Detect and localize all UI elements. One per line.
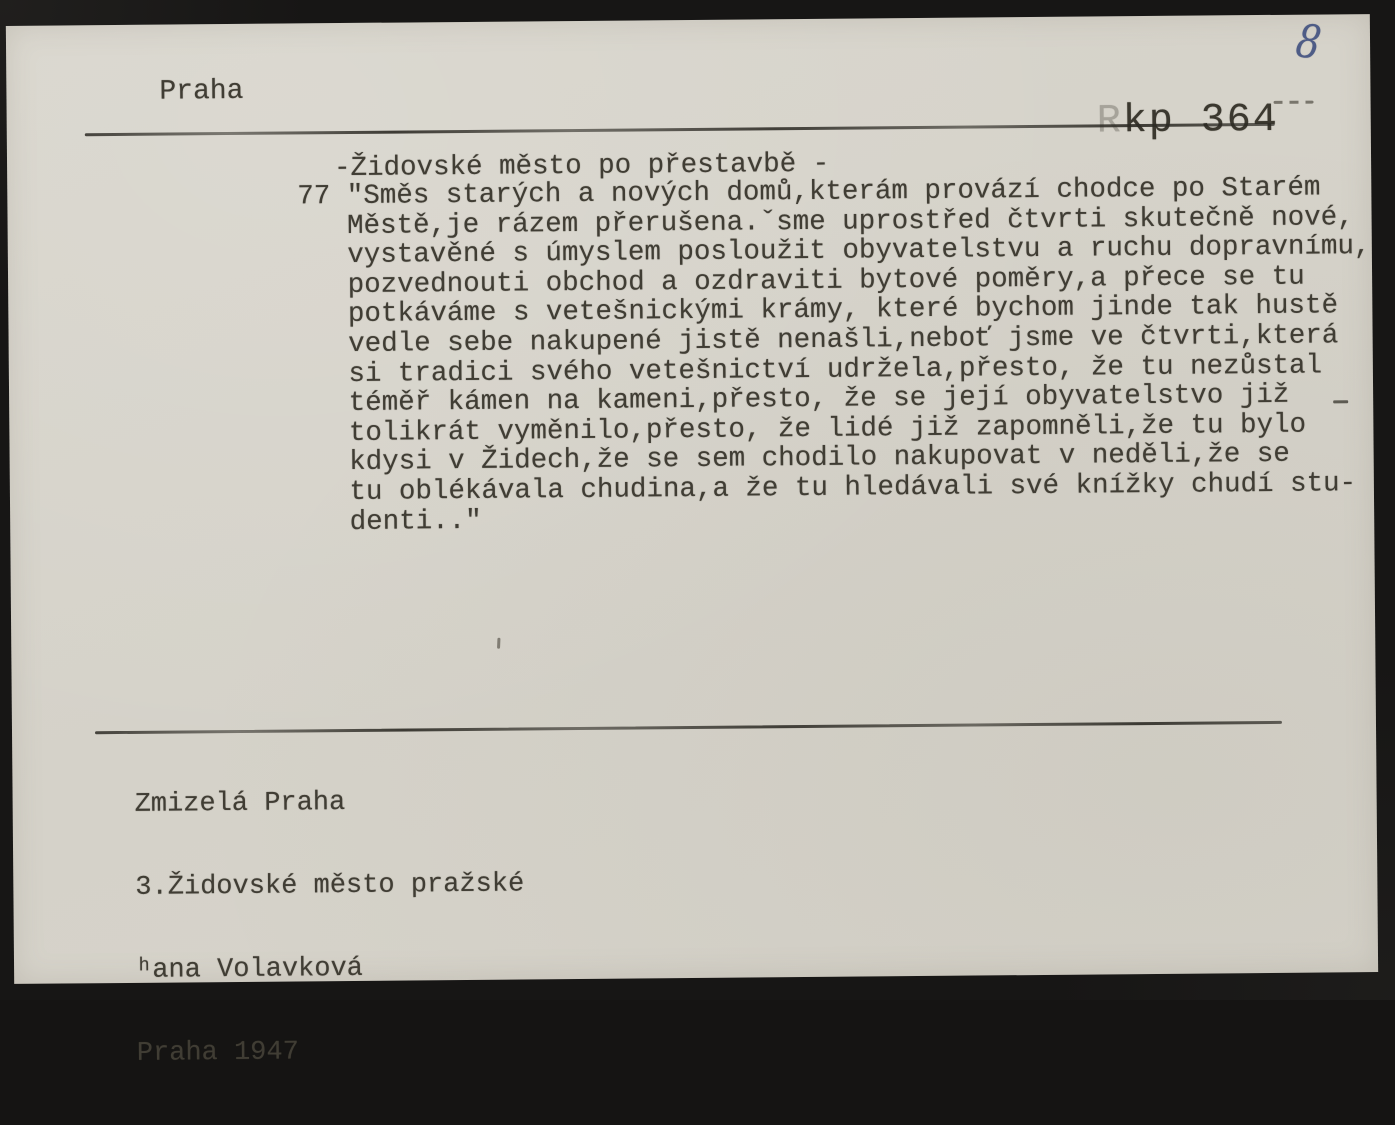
margin-stray-dash xyxy=(1333,400,1348,403)
manuscript-number: Rkp 364 xyxy=(992,53,1279,190)
bottom-divider-line xyxy=(95,721,1282,734)
source-title: Zmizelá Praha xyxy=(135,789,524,820)
manuscript-number-faint-letter: R xyxy=(1097,99,1123,144)
source-citation: Zmizelá Praha 3.Židovské město pražské ʰ… xyxy=(134,733,526,1000)
ink-speck xyxy=(497,638,500,649)
divider-smudge-mark xyxy=(1274,101,1314,104)
manuscript-number-text: kp 364 xyxy=(1123,98,1279,144)
quote-text: 77 "Směs starých a nových domů,kterám pr… xyxy=(297,173,1373,537)
handwritten-page-number: 8 xyxy=(1293,13,1325,70)
paper-sheet: Praha Rkp 364 8 -Židovské město po přest… xyxy=(6,14,1378,984)
location-label: Praha xyxy=(159,76,243,108)
source-chapter: 3.Židovské město pražské xyxy=(135,871,524,902)
source-author: ʰana Volavková xyxy=(136,954,525,985)
